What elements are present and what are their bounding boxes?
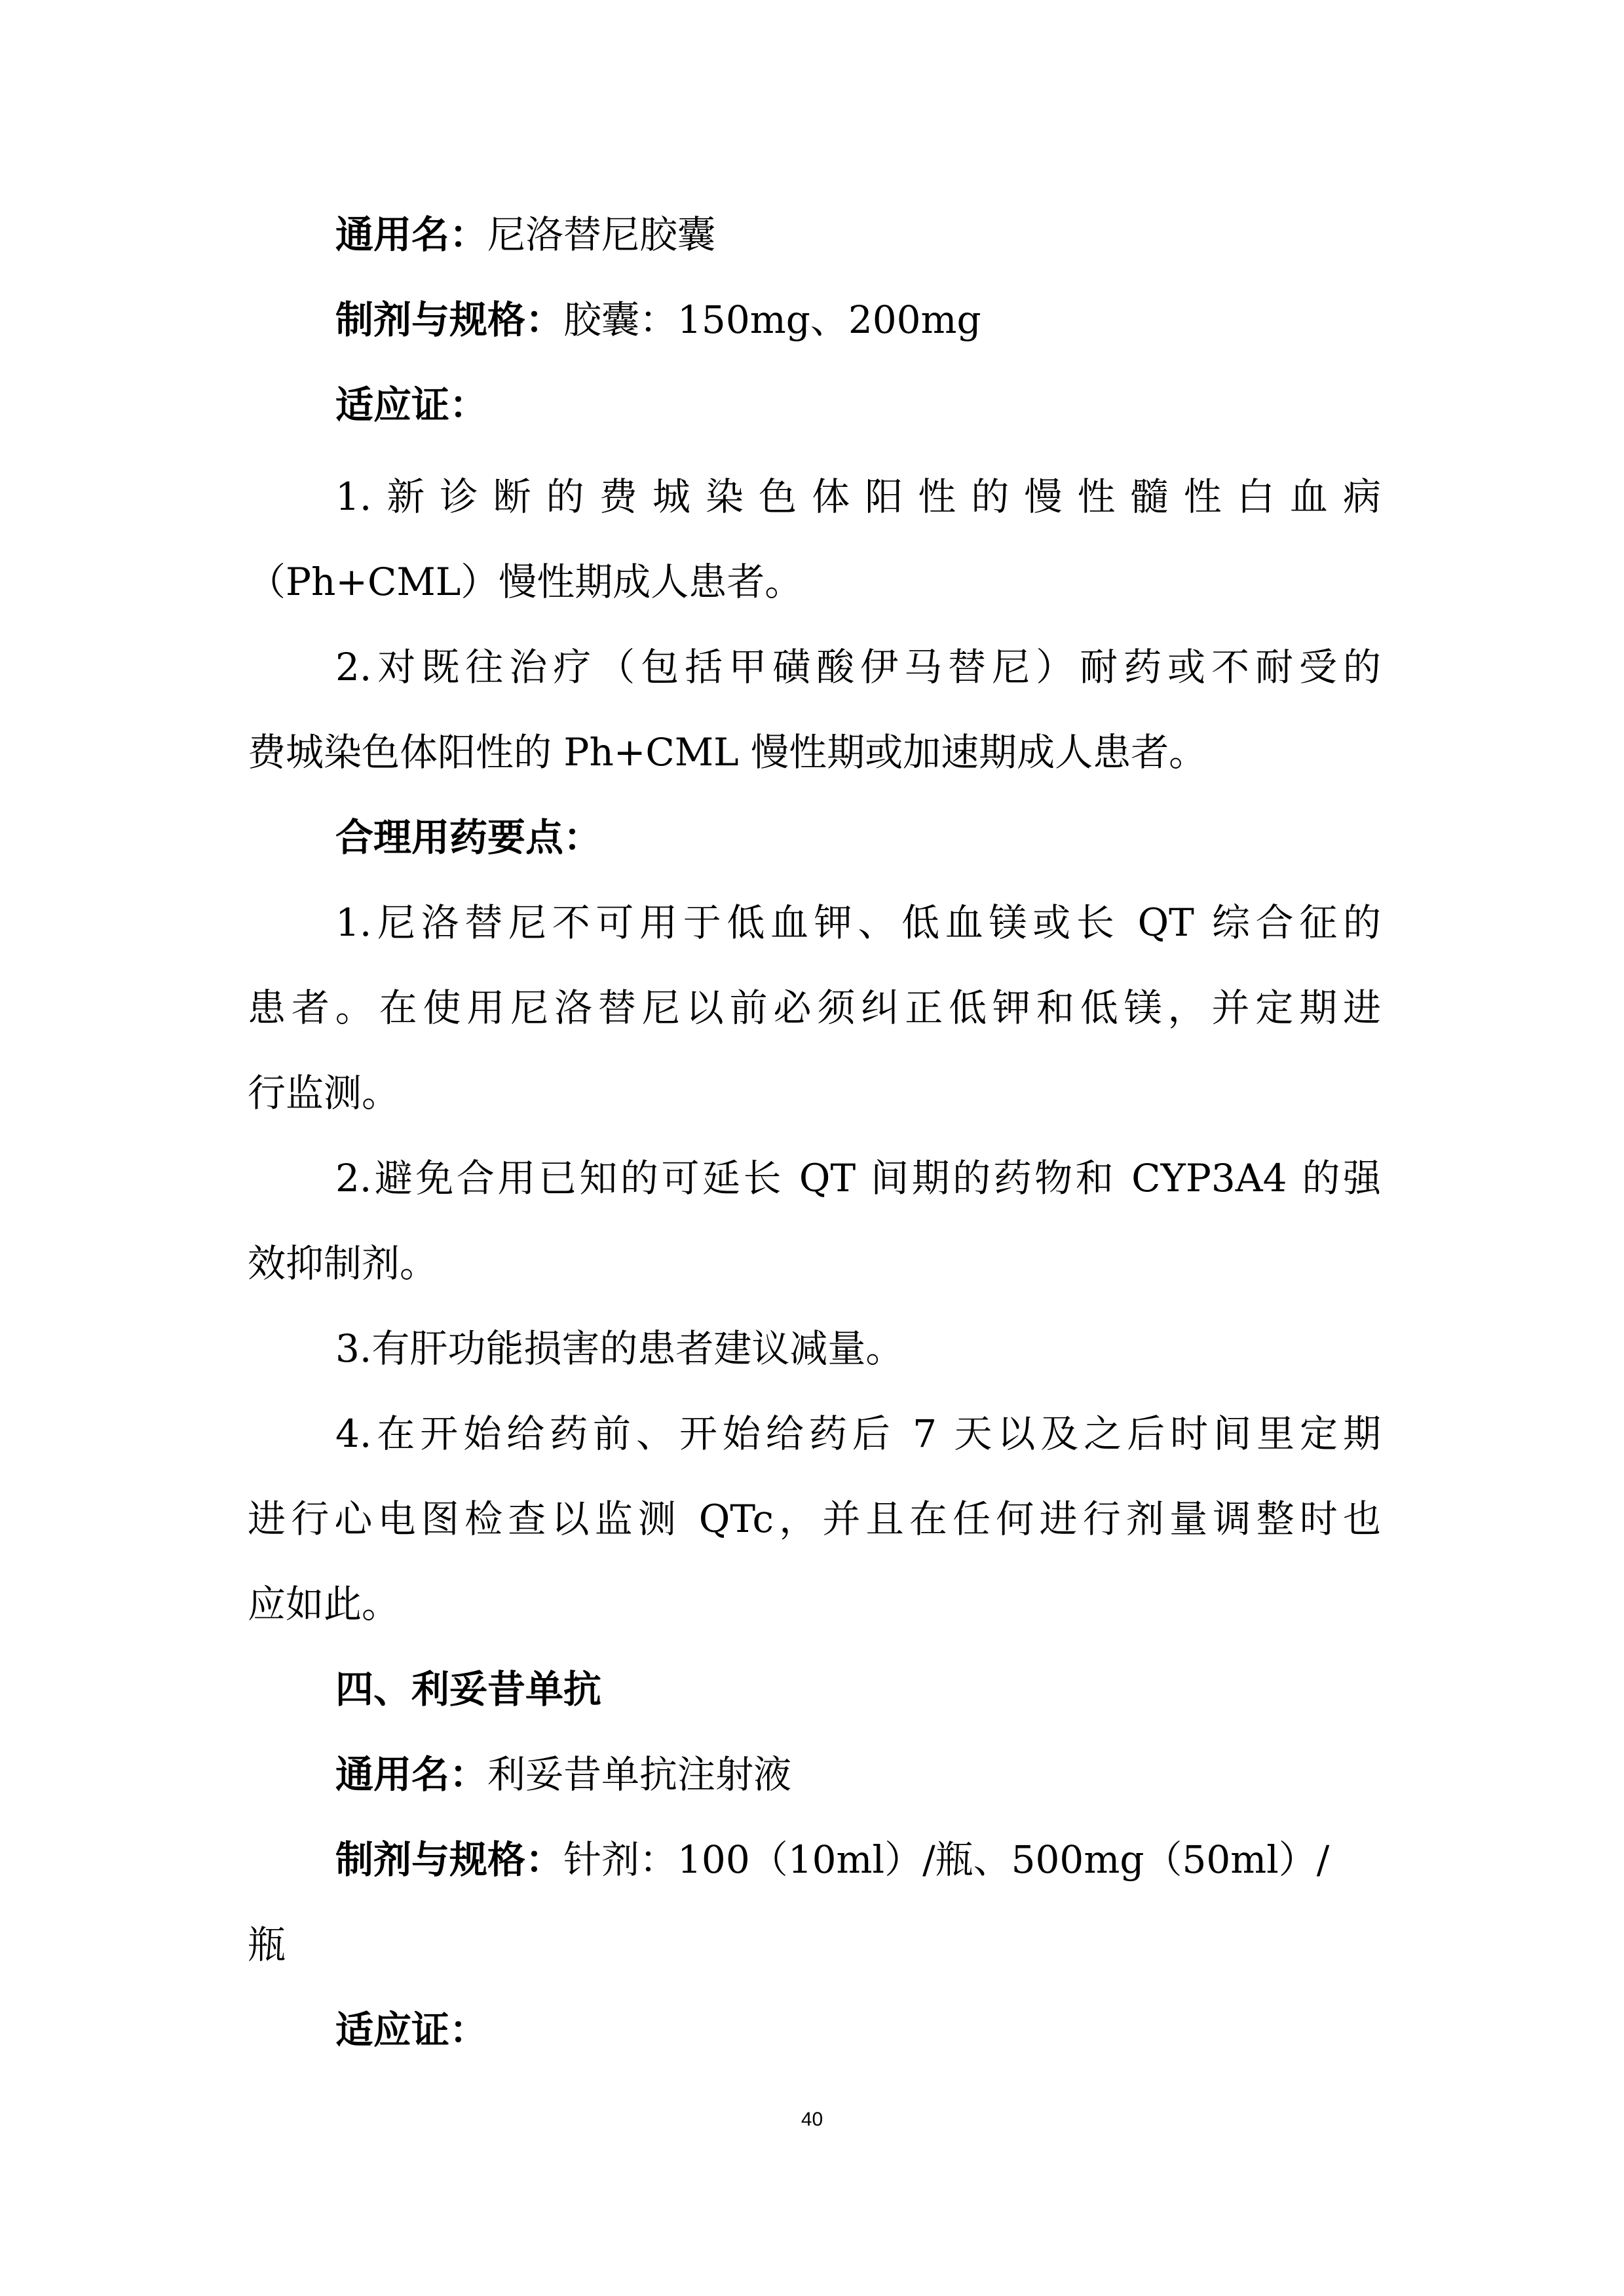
- spec-label: 制剂与规格：: [335, 297, 563, 342]
- section-4-generic-name-label: 通用名：: [335, 1752, 487, 1797]
- section-4-generic-name-row: 通用名：利妥昔单抗注射液: [335, 1748, 791, 1801]
- spec-value: 胶囊：150mg、200mg: [563, 297, 981, 342]
- section-4-indications-label: 适应证：: [335, 2004, 487, 2056]
- indication-2-line-2: 费城染色体阳性的 Ph+CML 慢性期或加速期成人患者。: [248, 726, 1207, 778]
- section-heading-rituximab: 四、利妥昔单抗: [335, 1663, 601, 1715]
- indication-2-line-1: 2.对既往治疗（包括甲磺酸伊马替尼）耐药或不耐受的: [335, 641, 1381, 693]
- spec-row: 制剂与规格：胶囊：150mg、200mg: [335, 294, 981, 346]
- section-4-spec-value-line-1: 针剂：100（10ml）/瓶、500mg（50ml）/: [563, 1837, 1329, 1882]
- key-point-4-line-3: 应如此。: [248, 1578, 400, 1630]
- key-point-2-line-2: 效抑制剂。: [248, 1237, 438, 1290]
- document-page: 通用名：尼洛替尼胶囊 制剂与规格：胶囊：150mg、200mg 适应证： 1.新…: [0, 0, 1624, 2296]
- page-number: 40: [0, 2107, 1624, 2133]
- key-point-1-line-2: 患者。在使用尼洛替尼以前必须纠正低钾和低镁，并定期进: [248, 982, 1381, 1034]
- indication-1-line-1: 1.新诊断的费城染色体阳性的慢性髓性白血病: [335, 470, 1381, 523]
- section-4-generic-name-value: 利妥昔单抗注射液: [487, 1752, 791, 1797]
- key-point-4-line-1: 4.在开始给药前、开始给药后 7 天以及之后时间里定期: [335, 1407, 1381, 1460]
- generic-name-row: 通用名：尼洛替尼胶囊: [335, 208, 715, 261]
- indications-label: 适应证：: [335, 379, 487, 431]
- key-points-label: 合理用药要点：: [335, 811, 601, 864]
- section-4-spec-row: 制剂与规格：针剂：100（10ml）/瓶、500mg（50ml）/: [335, 1833, 1329, 1886]
- key-point-4-line-2: 进行心电图检查以监测 QTc，并且在任何进行剂量调整时也: [248, 1493, 1381, 1545]
- generic-name-value: 尼洛替尼胶囊: [487, 212, 715, 257]
- key-point-2-line-1: 2.避免合用已知的可延长 QT 间期的药物和 CYP3A4 的强: [335, 1152, 1381, 1204]
- key-point-3-line-1: 3.有肝功能损害的患者建议减量。: [335, 1322, 903, 1375]
- key-point-1-line-3: 行监测。: [248, 1067, 400, 1119]
- section-4-spec-label: 制剂与规格：: [335, 1837, 563, 1882]
- section-4-spec-value-line-2: 瓶: [248, 1919, 286, 1971]
- indication-1-line-2: （Ph+CML）慢性期成人患者。: [248, 556, 803, 608]
- generic-name-label: 通用名：: [335, 212, 487, 257]
- key-point-1-line-1: 1.尼洛替尼不可用于低血钾、低血镁或长 QT 综合征的: [335, 896, 1381, 949]
